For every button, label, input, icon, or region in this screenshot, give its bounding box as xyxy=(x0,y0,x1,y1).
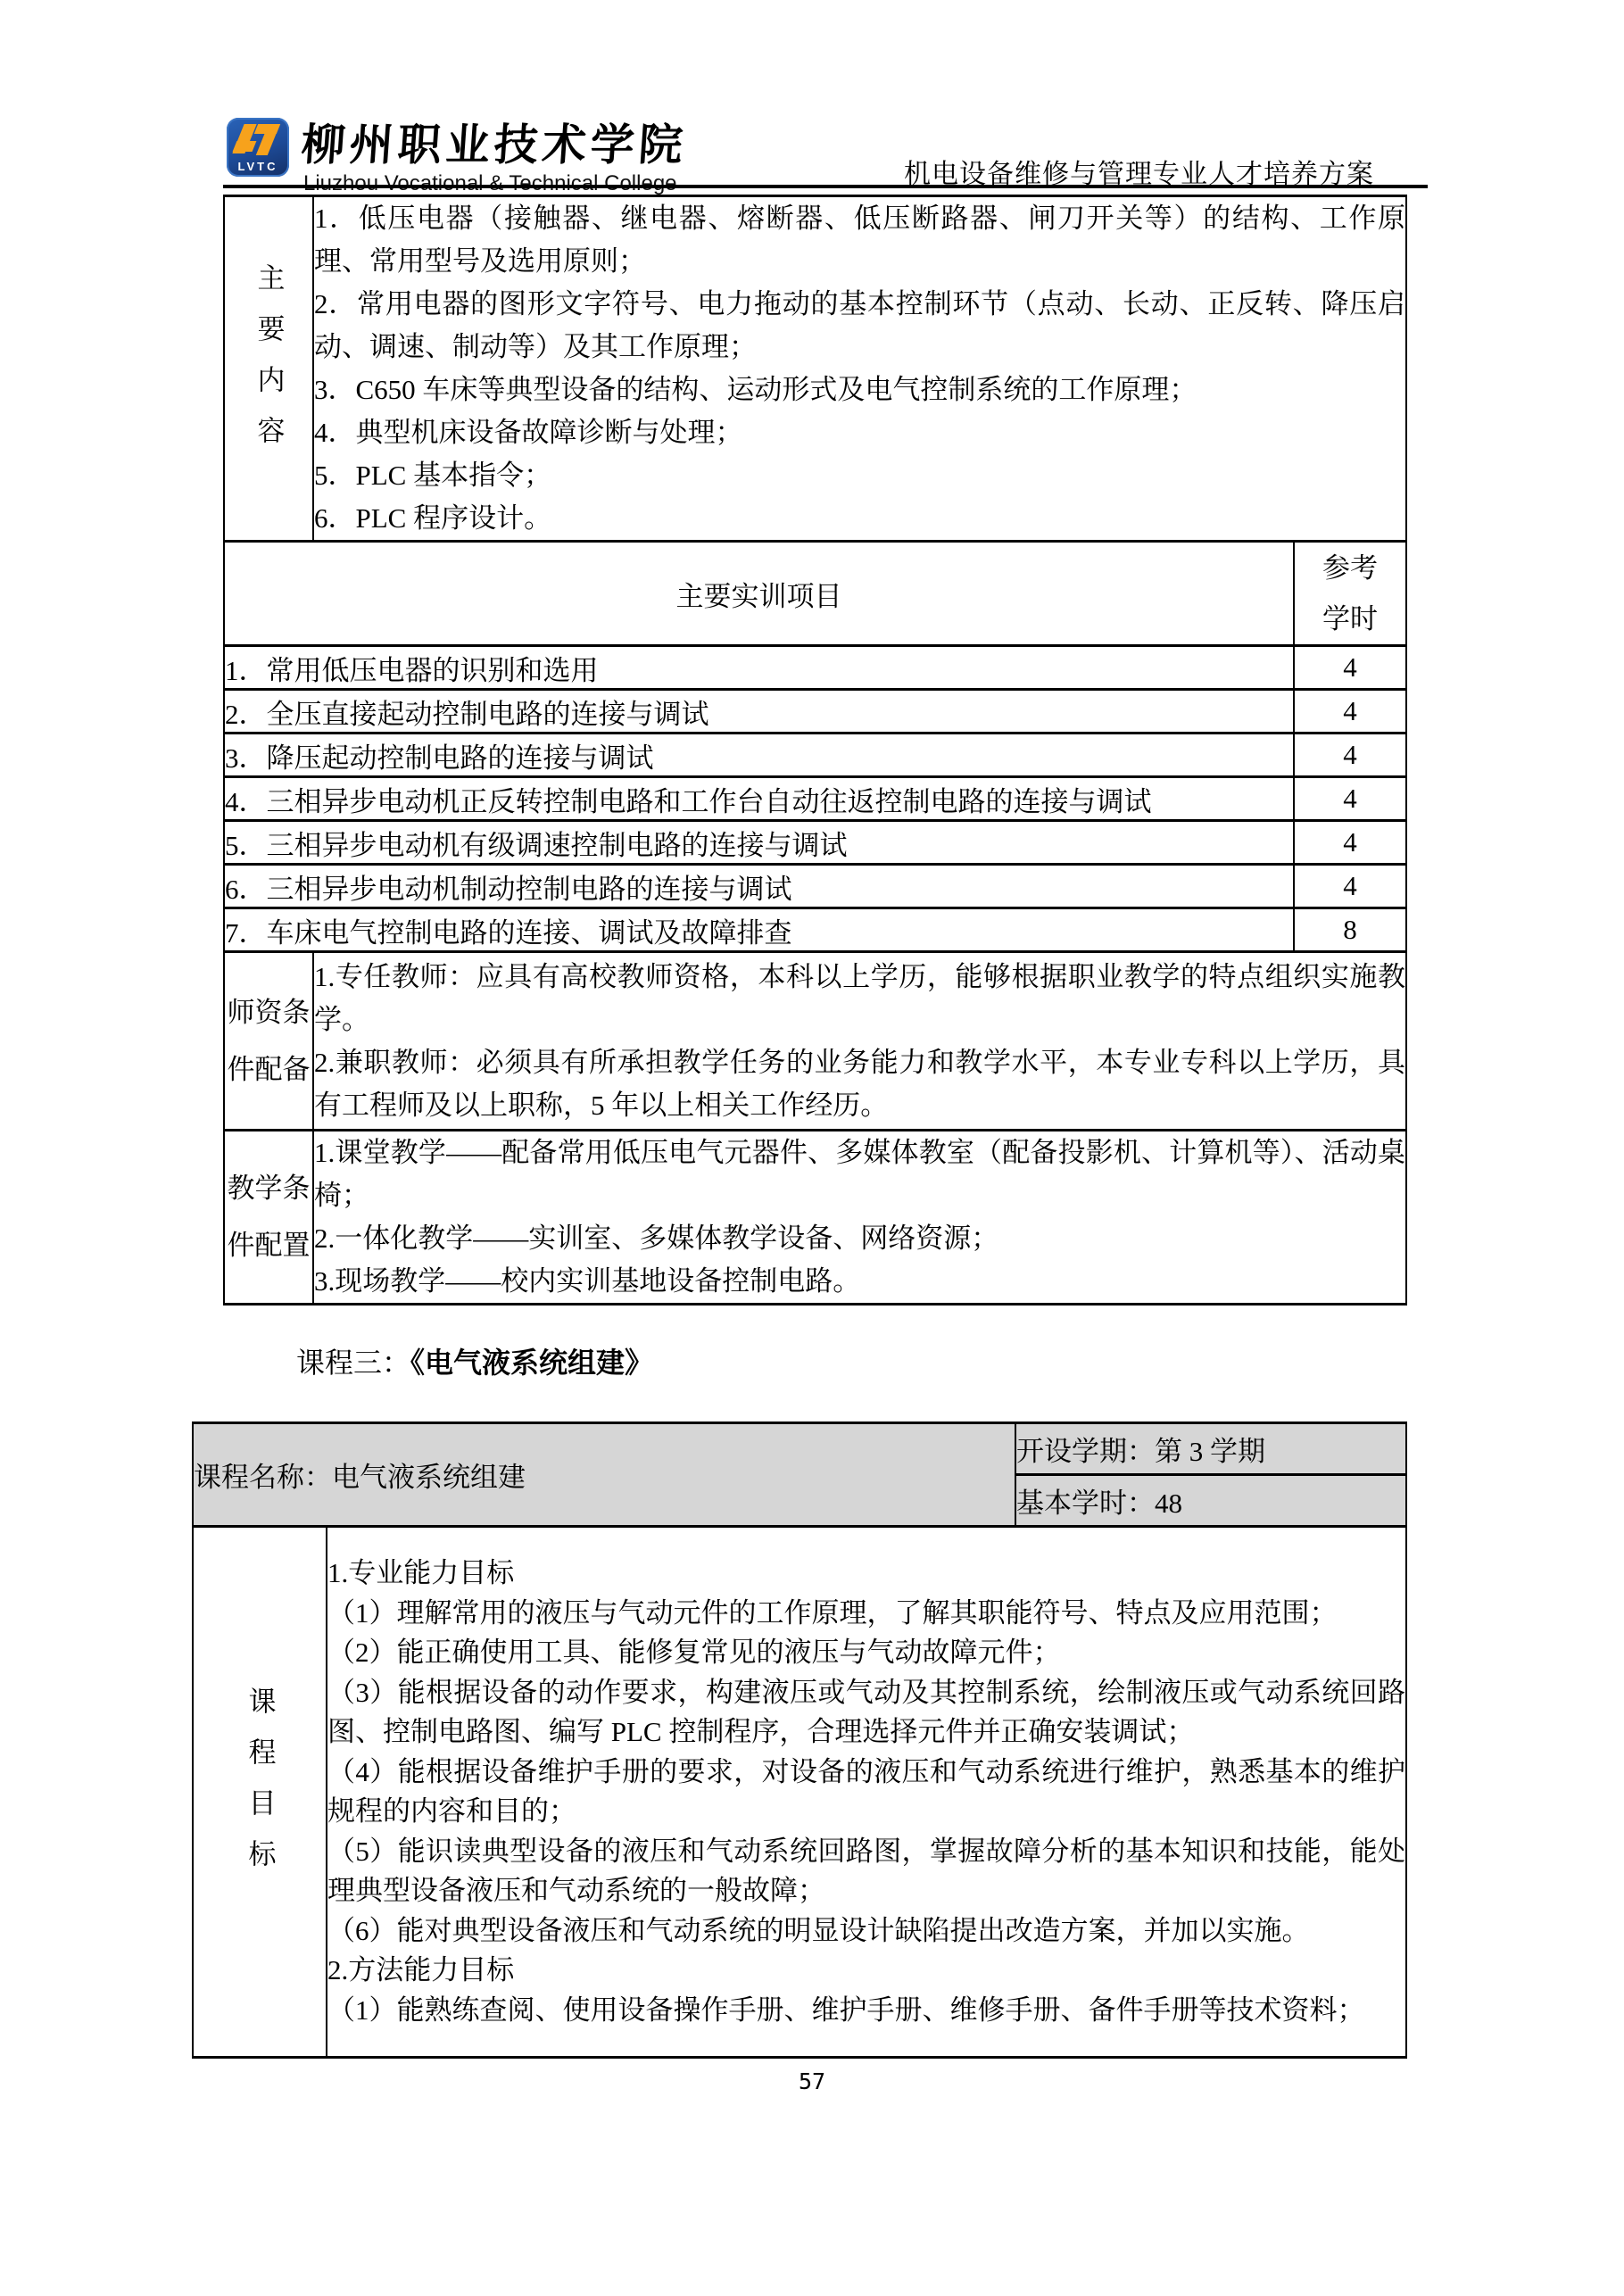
training-hours: 4 xyxy=(1294,777,1406,821)
document-page: LVTC 柳州职业技术学院 Liuzhou Vocational & Techn… xyxy=(0,0,1624,2296)
text-line: （1）理解常用的液压与气动元件的工作原理，了解其职能符号、特点及应用范围； xyxy=(327,1594,1405,1634)
main-content-row: 主要内容 1．低压电器（接触器、继电器、熔断器、低压断路器、闸刀开关等）的结构、… xyxy=(224,196,1406,542)
text-line: （2）能正确使用工具、能修复常见的液压与气动故障元件； xyxy=(327,1633,1405,1673)
text-line: 3.现场教学——校内实训基地设备控制电路。 xyxy=(314,1260,1405,1303)
college-name-en: Liuzhou Vocational & Technical College xyxy=(303,171,677,196)
conditions-list: 1.课堂教学——配备常用低压电气元器件、多媒体教室（配备投影机、计算机等）、活动… xyxy=(314,1131,1405,1303)
text-line: 2.方法能力目标 xyxy=(327,1951,1405,1991)
base-hours-cell: 基本学时：48 xyxy=(1015,1475,1406,1527)
main-content-cell: 1．低压电器（接触器、继电器、熔断器、低压断路器、闸刀开关等）的结构、工作原理、… xyxy=(313,196,1406,542)
hours-header-cell: 参考学时 xyxy=(1294,542,1406,646)
hours-header: 参考学时 xyxy=(1322,543,1379,644)
training-hours: 4 xyxy=(1294,690,1406,734)
training-name: 5．三相异步电动机有级调速控制电路的连接与调试 xyxy=(224,821,1294,865)
text-line: （6）能对典型设备液压和气动系统的明显设计缺陷提出改造方案，并加以实施。 xyxy=(327,1911,1405,1952)
college-name-cn: 柳州职业技术学院 xyxy=(300,111,690,173)
page-number: 57 xyxy=(0,2068,1624,2094)
logo-bolt-left-foot xyxy=(233,141,257,152)
text-line: 2.兼职教师：必须具有所承担教学任务的业务能力和教学水平，本专业专科以上学历，具… xyxy=(314,1041,1405,1127)
teachers-cell: 1.专任教师：应具有高校教师资格，本科以上学历，能够根据职业教学的特点组织实施教… xyxy=(313,952,1406,1131)
course-name-cell: 课程名称：电气液系统组建 xyxy=(193,1423,1015,1527)
training-name: 1．常用低压电器的识别和选用 xyxy=(224,646,1294,690)
training-name: 2．全压直接起动控制电路的连接与调试 xyxy=(224,690,1294,734)
course-heading-prefix: 课程三： xyxy=(296,1347,410,1379)
text-line: （5）能识读典型设备的液压和气动系统回路图，掌握故障分析的基本知识和技能，能处理… xyxy=(327,1832,1405,1911)
text-line: 4．典型机床设备故障诊断与处理； xyxy=(314,411,1405,454)
main-content-label-cell: 主要内容 xyxy=(224,196,313,542)
conditions-label: 教学条件配置 xyxy=(226,1160,311,1274)
text-line: （1）能熟练查阅、使用设备操作手册、维护手册、维修手册、备件手册等技术资料； xyxy=(327,1991,1405,2031)
objectives-label: 课程目标 xyxy=(246,1687,274,1890)
teachers-row: 师资条件配备 1.专任教师：应具有高校教师资格，本科以上学历，能够根据职业教学的… xyxy=(224,952,1406,1131)
training-header-row: 主要实训项目 参考学时 xyxy=(224,542,1406,646)
training-row: 7．车床电气控制电路的连接、调试及故障排查 8 xyxy=(224,908,1406,952)
training-header-cell: 主要实训项目 xyxy=(224,542,1294,646)
text-line: 1.课堂教学——配备常用低压电气元器件、多媒体教室（配备投影机、计算机等）、活动… xyxy=(314,1131,1405,1217)
college-logo: LVTC xyxy=(227,118,289,177)
conditions-label-cell: 教学条件配置 xyxy=(224,1131,313,1305)
teachers-list: 1.专任教师：应具有高校教师资格，本科以上学历，能够根据职业教学的特点组织实施教… xyxy=(314,956,1405,1127)
text-line: 2.一体化教学——实训室、多媒体教学设备、网络资源； xyxy=(314,1217,1405,1260)
logo-abbr-text: LVTC xyxy=(227,160,289,173)
semester-cell: 开设学期：第 3 学期 xyxy=(1015,1423,1406,1475)
training-row: 6．三相异步电动机制动控制电路的连接与调试 4 xyxy=(224,865,1406,908)
training-row: 1．常用低压电器的识别和选用 4 xyxy=(224,646,1406,690)
text-line: 3．C650 车床等典型设备的结构、运动形式及电气控制系统的工作原理； xyxy=(314,369,1405,411)
teachers-label-cell: 师资条件配备 xyxy=(224,952,313,1131)
main-content-label: 主要内容 xyxy=(255,263,283,467)
text-line: （3）能根据设备的动作要求，构建液压或气动及其控制系统，绘制液压或气动系统回路图… xyxy=(327,1673,1405,1753)
training-hours: 4 xyxy=(1294,734,1406,777)
training-row: 3．降压起动控制电路的连接与调试 4 xyxy=(224,734,1406,777)
objectives-list: 1.专业能力目标（1）理解常用的液压与气动元件的工作原理，了解其职能符号、特点及… xyxy=(327,1554,1405,2030)
training-name: 3．降压起动控制电路的连接与调试 xyxy=(224,734,1294,777)
objectives-cell: 1.专业能力目标（1）理解常用的液压与气动元件的工作原理，了解其职能符号、特点及… xyxy=(327,1527,1406,2058)
training-name: 7．车床电气控制电路的连接、调试及故障排查 xyxy=(224,908,1294,952)
text-line: 5．PLC 基本指令； xyxy=(314,454,1405,497)
training-hours: 4 xyxy=(1294,865,1406,908)
objectives-row: 课程目标 1.专业能力目标（1）理解常用的液压与气动元件的工作原理，了解其职能符… xyxy=(193,1527,1406,2058)
text-line: 1．低压电器（接触器、继电器、熔断器、低压断路器、闸刀开关等）的结构、工作原理、… xyxy=(314,197,1405,283)
course-table: 课程名称：电气液系统组建 开设学期：第 3 学期 基本学时：48 课程目标 1.… xyxy=(192,1422,1407,2059)
text-line: 1.专业能力目标 xyxy=(327,1554,1405,1594)
training-row: 4．三相异步电动机正反转控制电路和工作台自动往返控制电路的连接与调试 4 xyxy=(224,777,1406,821)
training-row: 2．全压直接起动控制电路的连接与调试 4 xyxy=(224,690,1406,734)
course-name-row: 课程名称：电气液系统组建 开设学期：第 3 学期 xyxy=(193,1423,1406,1475)
text-line: （4）能根据设备维护手册的要求，对设备的液压和气动系统进行维护，熟悉基本的维护规… xyxy=(327,1753,1405,1832)
objectives-label-cell: 课程目标 xyxy=(193,1527,327,2058)
training-name: 6．三相异步电动机制动控制电路的连接与调试 xyxy=(224,865,1294,908)
teachers-label: 师资条件配备 xyxy=(226,984,311,1098)
training-hours: 4 xyxy=(1294,821,1406,865)
training-hours: 4 xyxy=(1294,646,1406,690)
main-content-list: 1．低压电器（接触器、继电器、熔断器、低压断路器、闸刀开关等）的结构、工作原理、… xyxy=(314,197,1405,540)
course-heading: 课程三：《电气液系统组建》 xyxy=(296,1340,653,1381)
text-line: 6．PLC 程序设计。 xyxy=(314,497,1405,540)
conditions-cell: 1.课堂教学——配备常用低压电气元器件、多媒体教室（配备投影机、计算机等）、活动… xyxy=(313,1131,1406,1305)
course-heading-title: 《电气液系统组建》 xyxy=(410,1347,653,1379)
training-name: 4．三相异步电动机正反转控制电路和工作台自动往返控制电路的连接与调试 xyxy=(224,777,1294,821)
text-line: 2．常用电器的图形文字符号、电力拖动的基本控制环节（点动、长动、正反转、降压启动… xyxy=(314,283,1405,369)
conditions-row: 教学条件配置 1.课堂教学——配备常用低压电气元器件、多媒体教室（配备投影机、计… xyxy=(224,1131,1406,1305)
logo-bolt-stem xyxy=(256,132,278,155)
training-hours: 8 xyxy=(1294,908,1406,952)
text-line: 1.专任教师：应具有高校教师资格，本科以上学历，能够根据职业教学的特点组织实施教… xyxy=(314,956,1405,1041)
curriculum-table: 主要内容 1．低压电器（接触器、继电器、熔断器、低压断路器、闸刀开关等）的结构、… xyxy=(223,195,1407,1305)
training-row: 5．三相异步电动机有级调速控制电路的连接与调试 4 xyxy=(224,821,1406,865)
header-rule xyxy=(223,185,1428,188)
